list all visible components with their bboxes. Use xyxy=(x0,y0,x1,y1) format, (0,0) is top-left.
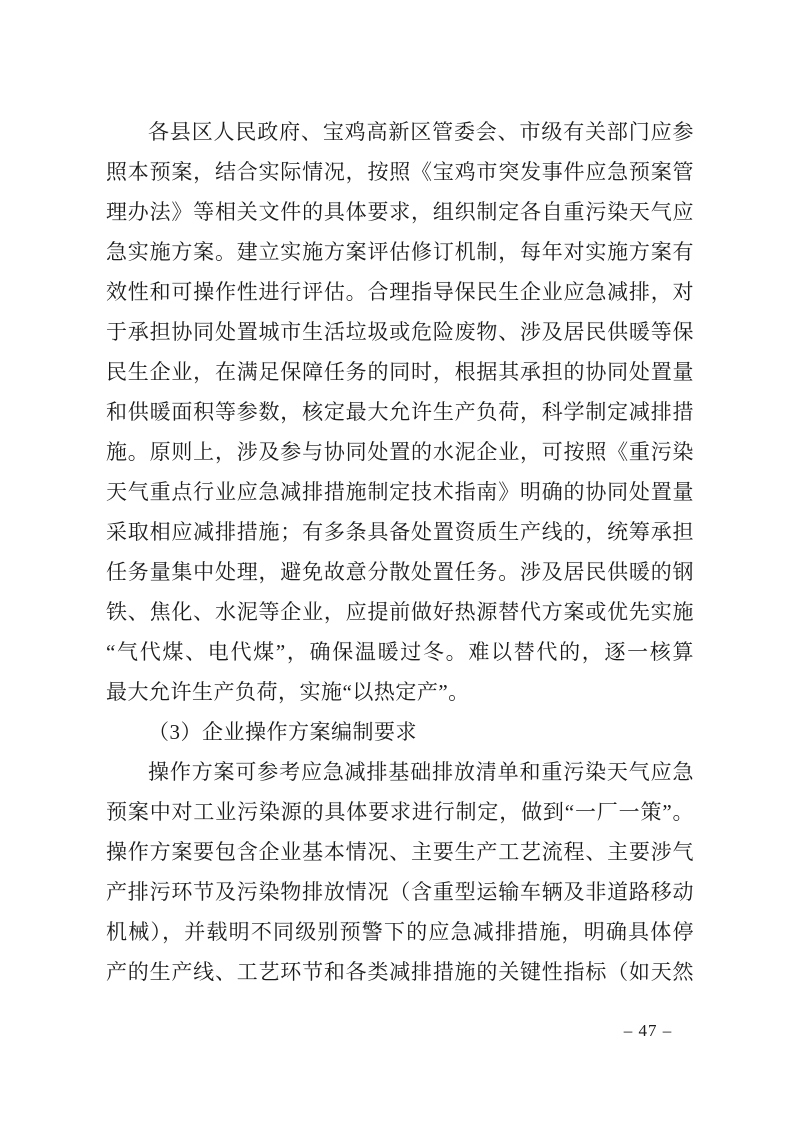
document-body: 各县区人民政府、宝鸡高新区管委会、市级有关部门应参照本预案，结合实际情况，按照《… xyxy=(106,112,694,992)
text-line: 产排污环节及污染物排放情况（含重型运输车辆及非道路移动 xyxy=(106,872,694,912)
page-number: – 47 – xyxy=(608,1019,688,1043)
text-line: 操作方案要包含企业基本情况、主要生产工艺流程、主要涉气 xyxy=(106,832,694,872)
text-line: 民生企业，在满足保障任务的同时，根据其承担的协同处置量 xyxy=(106,352,694,392)
text-line: 采取相应减排措施；有多条具备处置资质生产线的，统筹承担 xyxy=(106,512,694,552)
text-line: 操作方案可参考应急减排基础排放清单和重污染天气应急 xyxy=(106,752,694,792)
text-line: 施。原则上，涉及参与协同处置的水泥企业，可按照《重污染 xyxy=(106,432,694,472)
text-line: 铁、焦化、水泥等企业，应提前做好热源替代方案或优先实施 xyxy=(106,592,694,632)
text-line: 于承担协同处置城市生活垃圾或危险废物、涉及居民供暖等保 xyxy=(106,312,694,352)
text-line: 最大允许生产负荷，实施“以热定产”。 xyxy=(106,672,694,712)
text-line: “气代煤、电代煤”，确保温暖过冬。难以替代的，逐一核算 xyxy=(106,632,694,672)
text-line: 任务量集中处理，避免故意分散处置任务。涉及居民供暖的钢 xyxy=(106,552,694,592)
text-line: 急实施方案。建立实施方案评估修订机制，每年对实施方案有 xyxy=(106,232,694,272)
text-line: 机械），并载明不同级别预警下的应急减排措施，明确具体停 xyxy=(106,912,694,952)
text-line: 各县区人民政府、宝鸡高新区管委会、市级有关部门应参 xyxy=(106,112,694,152)
text-line: 照本预案，结合实际情况，按照《宝鸡市突发事件应急预案管 xyxy=(106,152,694,192)
text-line: 天气重点行业应急减排措施制定技术指南》明确的协同处置量 xyxy=(106,472,694,512)
document-page: 各县区人民政府、宝鸡高新区管委会、市级有关部门应参照本预案，结合实际情况，按照《… xyxy=(0,0,800,1131)
text-line: 预案中对工业污染源的具体要求进行制定，做到“一厂一策”。 xyxy=(106,792,694,832)
text-line: 理办法》等相关文件的具体要求，组织制定各自重污染天气应 xyxy=(106,192,694,232)
text-line: 产的生产线、工艺环节和各类减排措施的关键性指标（如天然 xyxy=(106,952,694,992)
text-line: （3）企业操作方案编制要求 xyxy=(106,712,694,752)
text-line: 效性和可操作性进行评估。合理指导保民生企业应急减排，对 xyxy=(106,272,694,312)
text-line: 和供暖面积等参数，核定最大允许生产负荷，科学制定减排措 xyxy=(106,392,694,432)
